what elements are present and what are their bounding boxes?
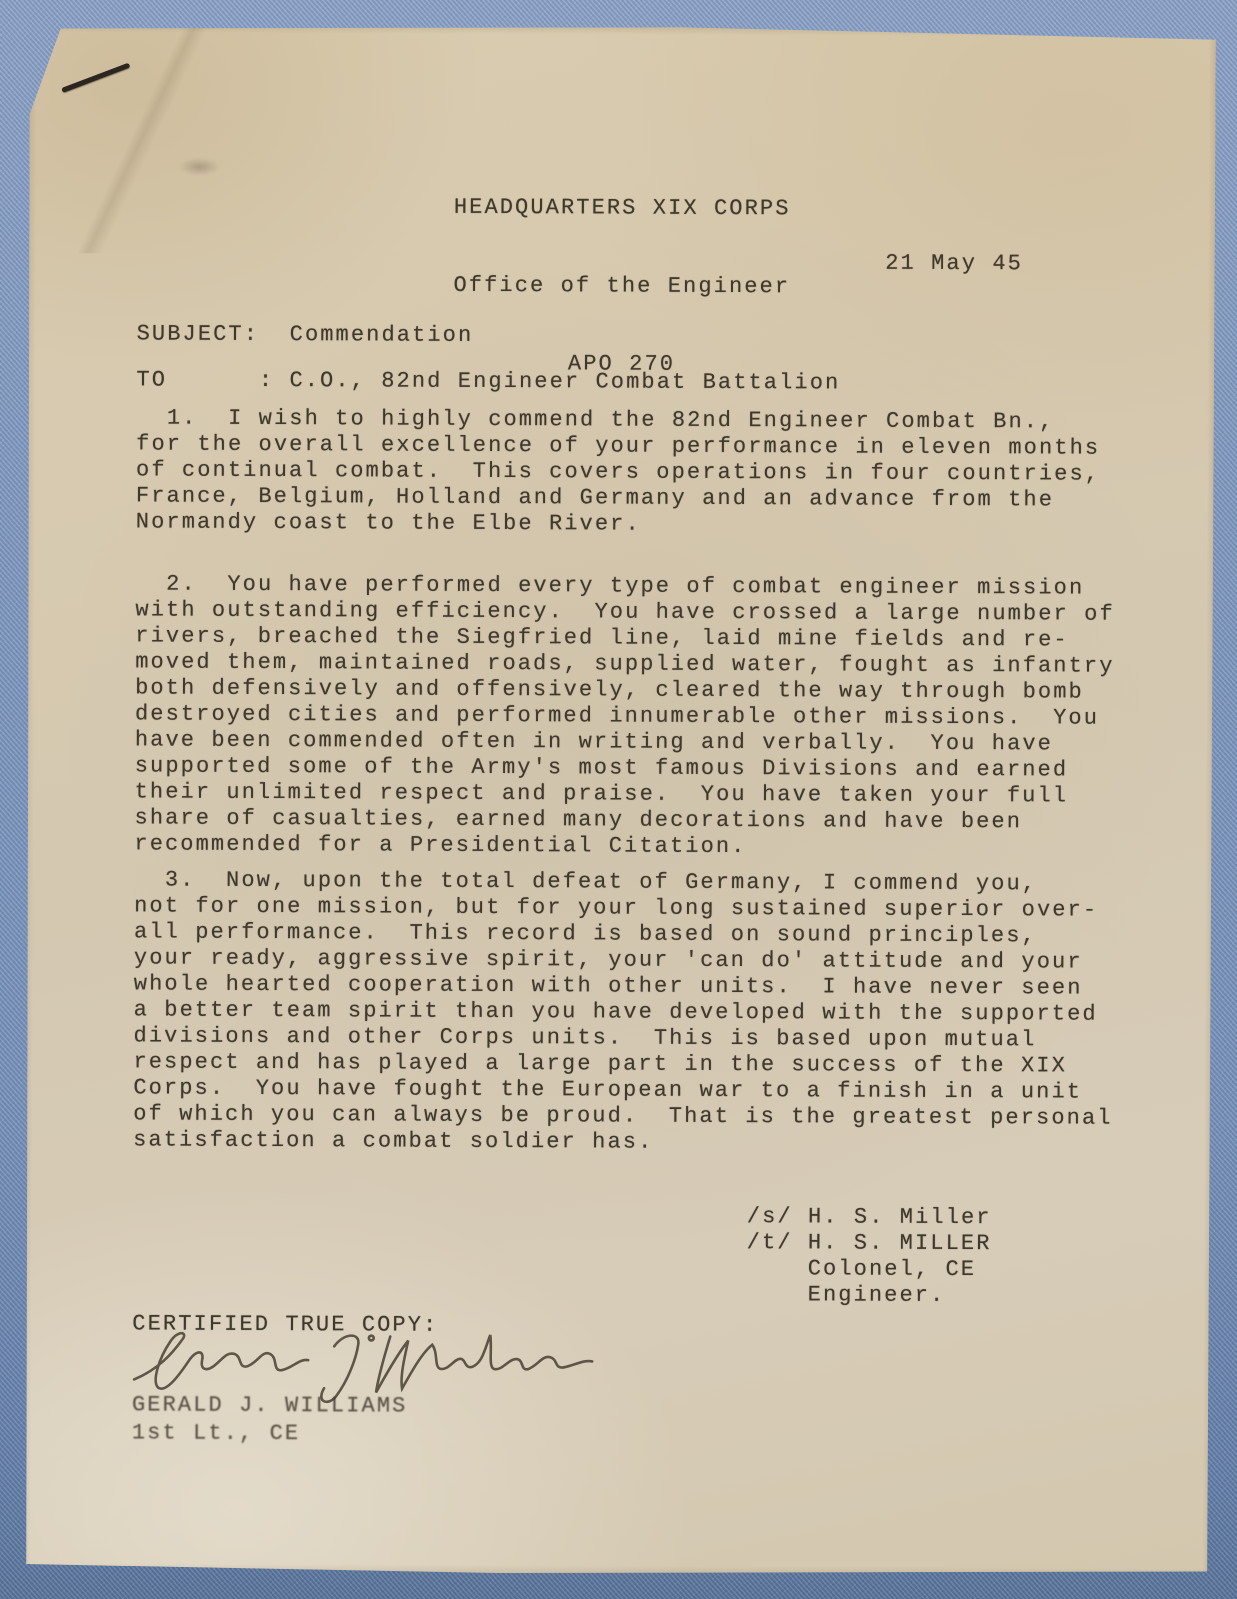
date-line: 21 May 45 — [885, 251, 1023, 278]
letter-paper: HEADQUARTERS XIX CORPS Office of the Eng… — [23, 23, 1216, 1576]
paragraph-1: 1. I wish to highly commend the 82nd Eng… — [136, 405, 1101, 539]
paragraph-2: 2. You have performed every type of comb… — [134, 571, 1115, 861]
letterhead-unit: HEADQUARTERS XIX CORPS — [29, 193, 1215, 224]
staple — [61, 63, 130, 93]
subject-line: SUBJECT: Commendation — [137, 321, 474, 348]
letterhead-office: Office of the Engineer — [29, 271, 1215, 302]
signature-block: /s/ H. S. Miller /t/ H. S. MILLER Colone… — [746, 1204, 991, 1309]
paragraph-3: 3. Now, upon the total defeat of Germany… — [133, 867, 1114, 1157]
to-line: TO : C.O., 82nd Engineer Combat Battalio… — [136, 367, 840, 396]
photo-of-letter: { "colors": { "fabric_blue": "#7f98be", … — [0, 0, 1237, 1599]
typed-name-block: GERALD J. WILLIAMS 1st Lt., CE — [132, 1391, 408, 1448]
